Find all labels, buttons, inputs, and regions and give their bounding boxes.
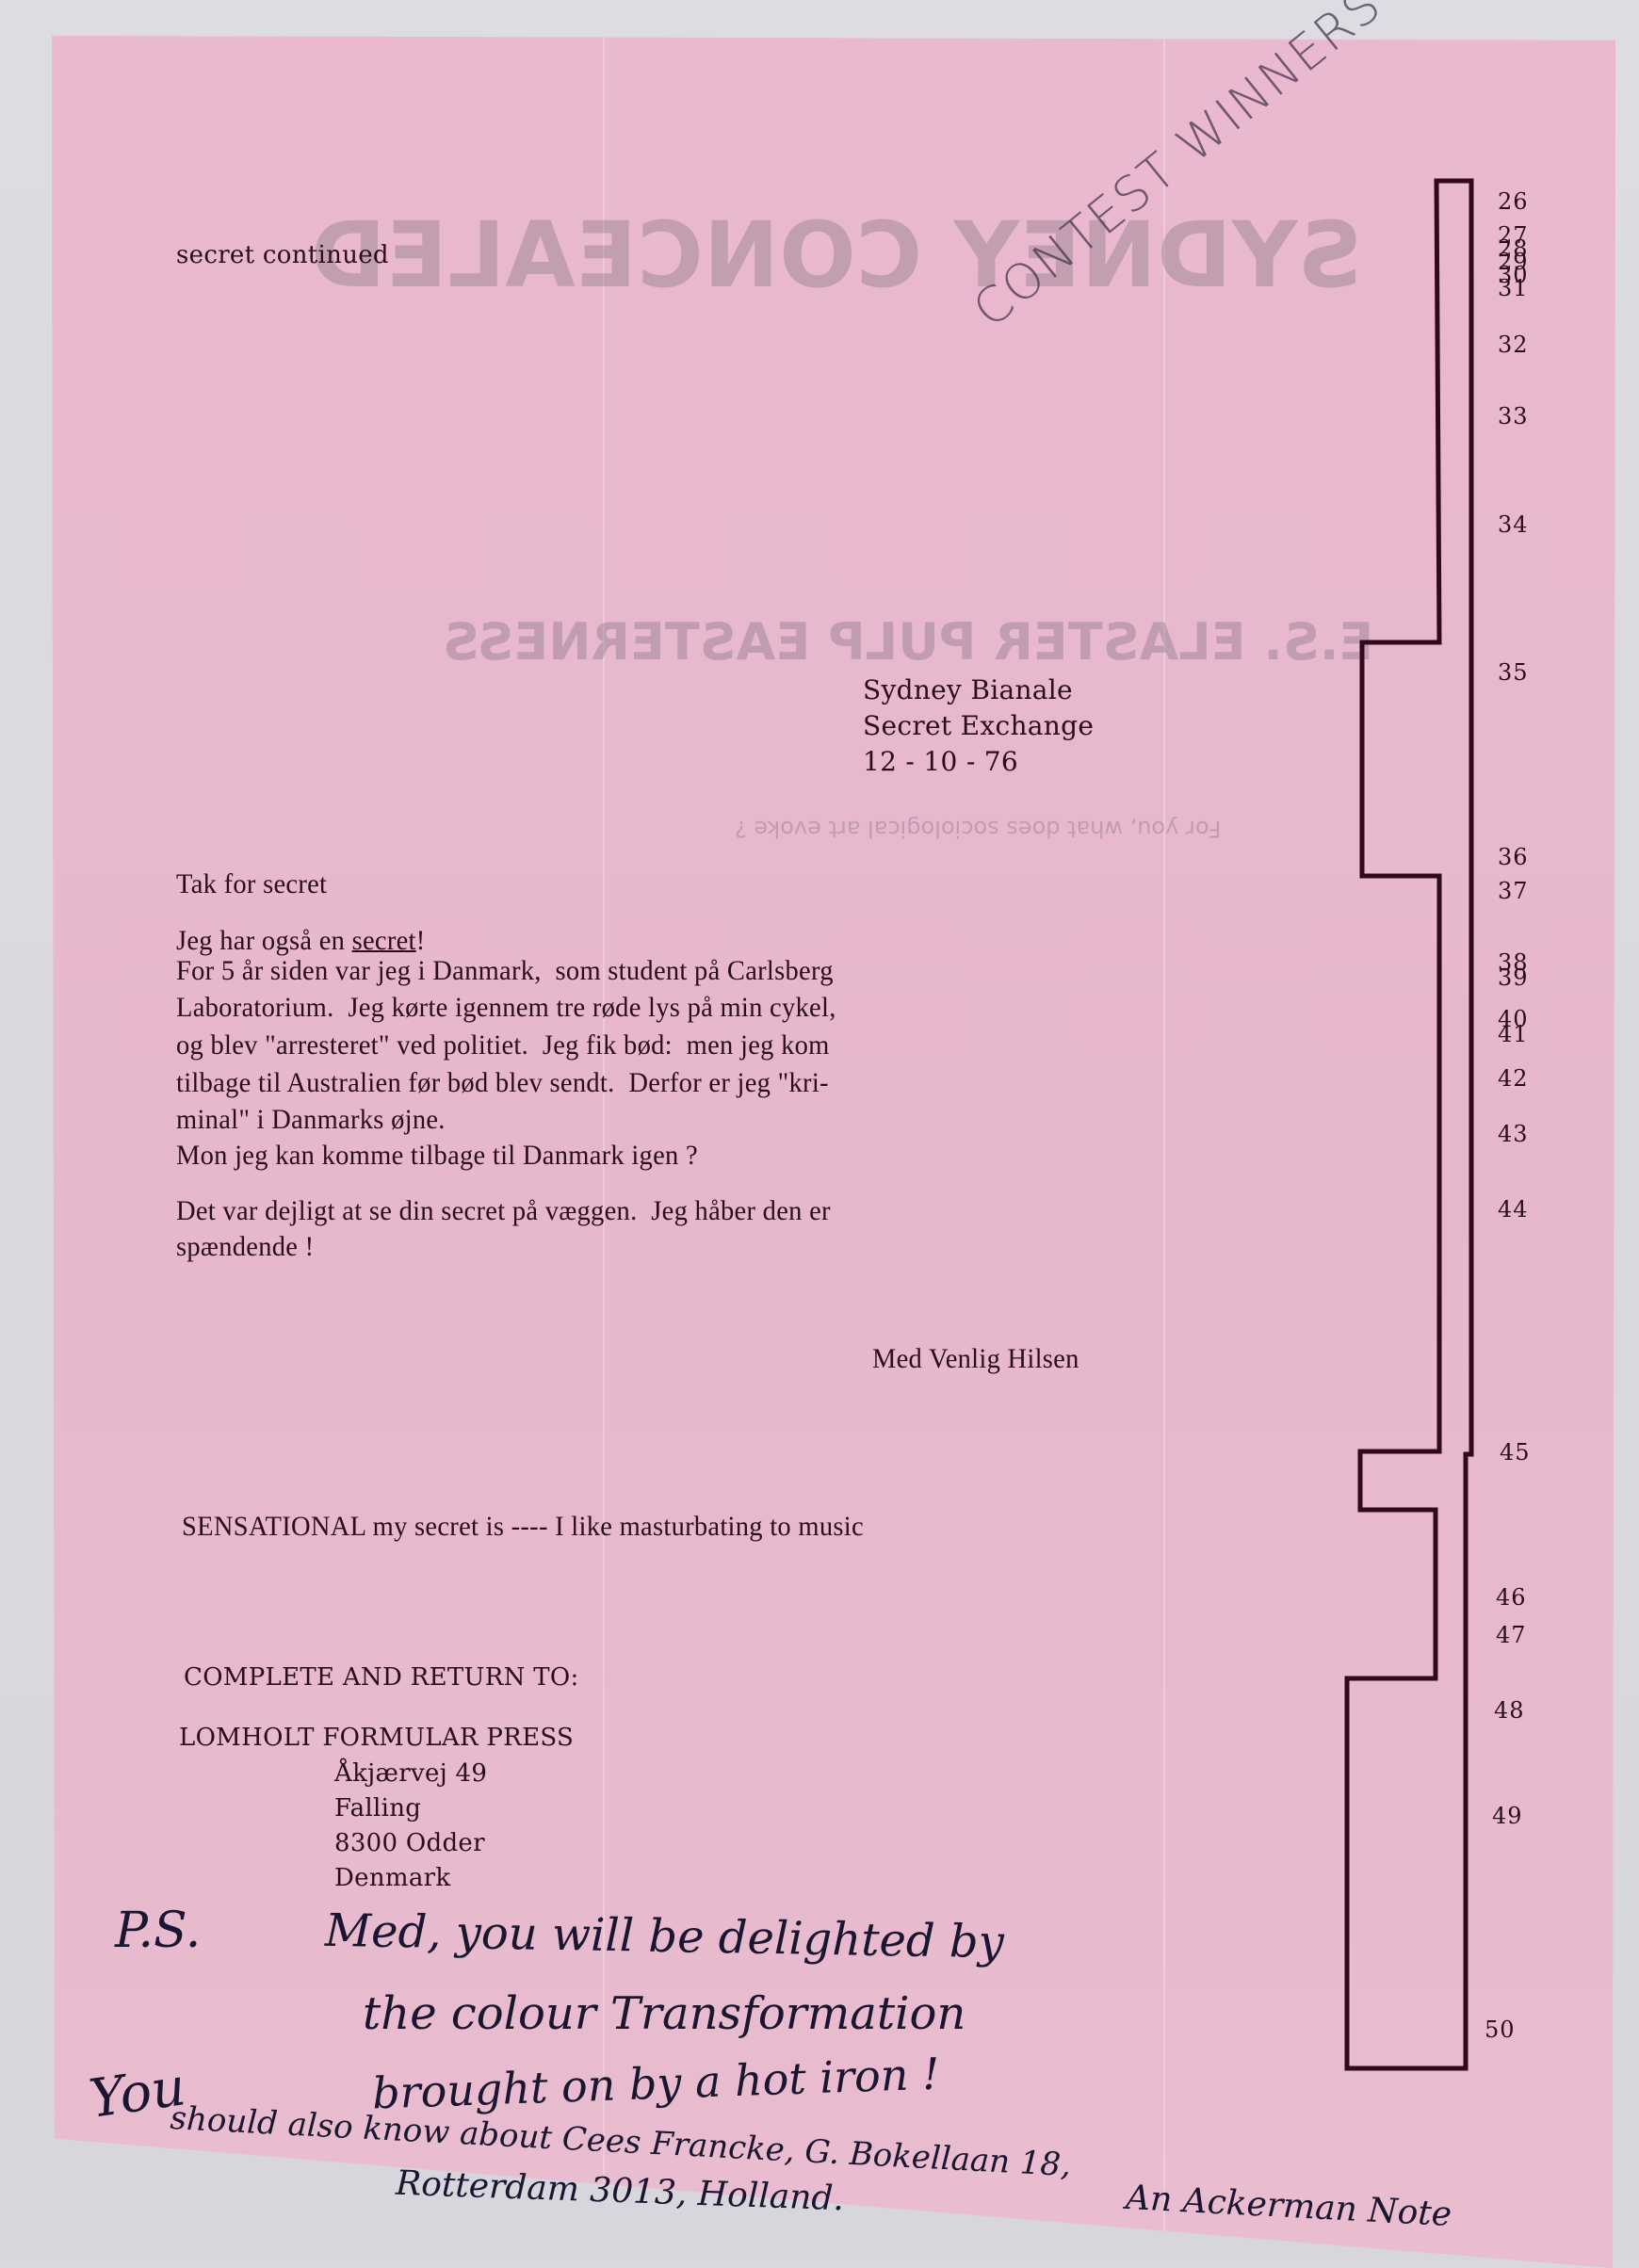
scale-number: 46 [1496, 1584, 1527, 1611]
scale-number: 47 [1496, 1622, 1527, 1648]
scale-number: 36 [1498, 844, 1529, 870]
scale-number: 33 [1498, 403, 1529, 429]
scale-number: 34 [1498, 511, 1529, 538]
scale-number: 35 [1498, 659, 1529, 686]
scale-number: 44 [1498, 1196, 1529, 1223]
scale-number: 41 [1498, 1021, 1529, 1047]
scale-number: 32 [1498, 332, 1529, 358]
scale-number: 43 [1498, 1121, 1529, 1147]
scale-number: 42 [1498, 1065, 1529, 1092]
scale-number: 39 [1498, 964, 1529, 991]
scale-number: 45 [1500, 1439, 1531, 1466]
photo-background: SYDNEY CONCEALED E.S. ELASTER PULP EASTE… [0, 0, 1639, 2260]
scale-number: 37 [1498, 878, 1529, 904]
scale-number: 50 [1485, 2017, 1516, 2043]
ps-label: P.S. [115, 1903, 201, 1959]
handwritten-line: the colour Transformation [363, 1987, 966, 2040]
scale-number: 48 [1494, 1697, 1525, 1724]
scale-number: 26 [1498, 188, 1529, 215]
scale-number: 31 [1498, 275, 1529, 301]
scale-number: 49 [1492, 1803, 1523, 1829]
